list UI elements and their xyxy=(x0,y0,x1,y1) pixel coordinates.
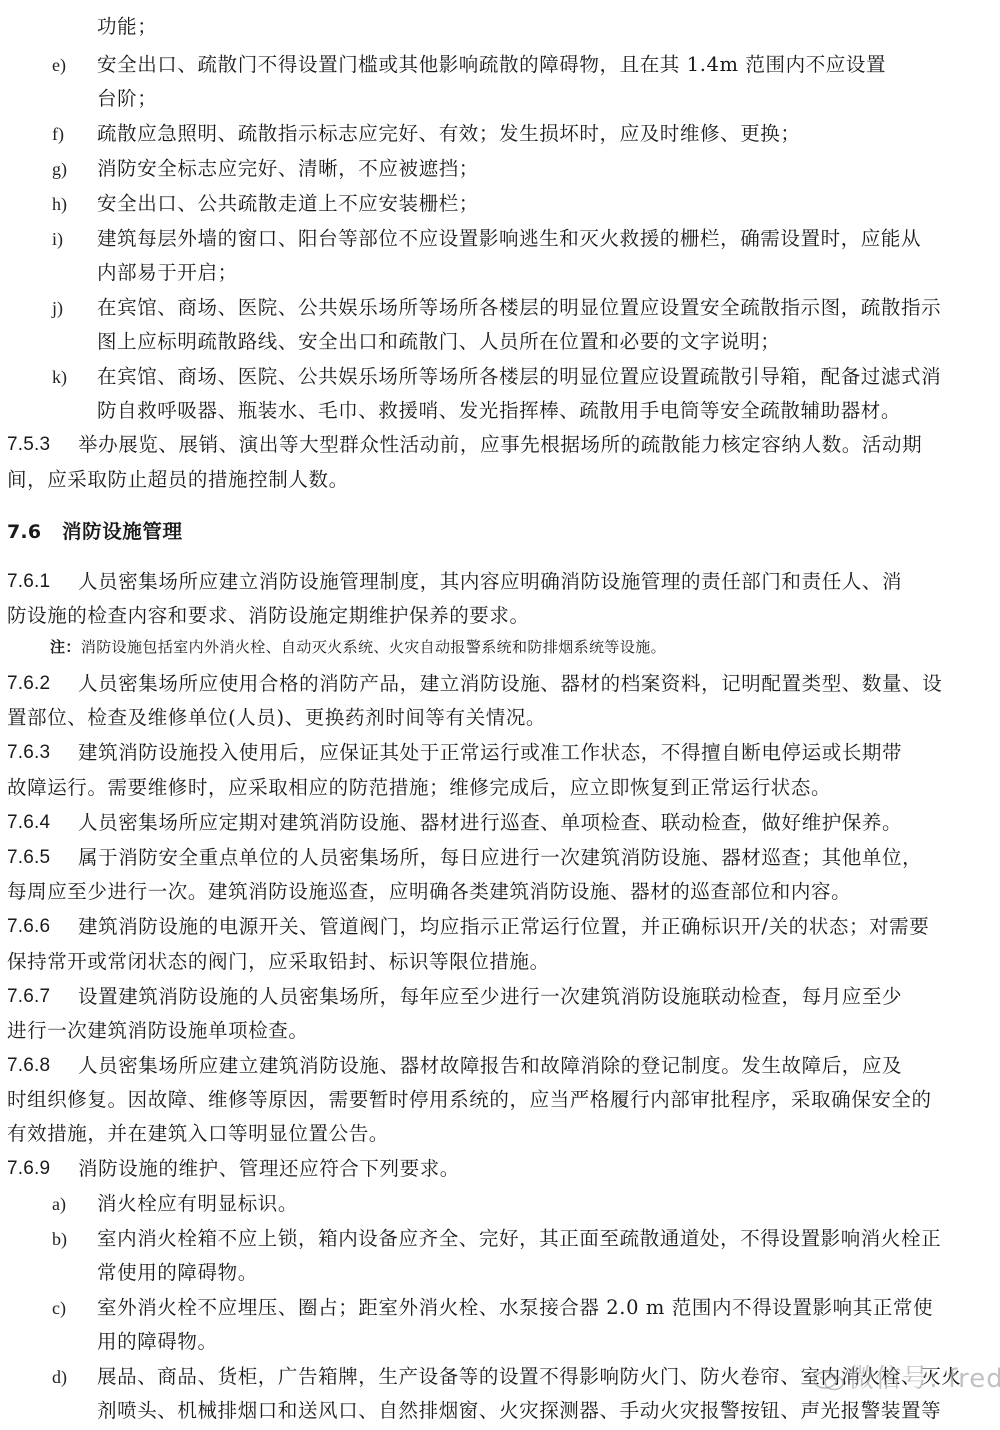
clause-number-7-6-6: 7.6.6 xyxy=(7,915,50,939)
list-item-c-line-2: 用的障碍物。 xyxy=(97,1330,218,1354)
clause-7-6-6-line-2: 保持常开或常闭状态的阀门，应采取铅封、标识等限位措施。 xyxy=(7,950,550,974)
list-item-continuation: 功能； xyxy=(97,15,157,39)
clause-7-5-3-line-2: 间，应采取防止超员的措施控制人数。 xyxy=(7,468,349,492)
section-title-7-6: 消防设施管理 xyxy=(62,520,183,544)
note-text: 消防设施包括室内外消火栓、自动灭火系统、火灾自动报警系统和防排烟系统等设施。 xyxy=(81,638,666,656)
list-marker-j: j) xyxy=(52,296,63,320)
list-item-j-line-1: 在宾馆、商场、医院、公共娱乐场所等场所各楼层的明显位置应设置安全疏散指示图，疏散… xyxy=(97,296,941,320)
list-item-i-line-1: 建筑每层外墙的窗口、阳台等部位不应设置影响逃生和灭火救援的栅栏，确需设置时，应能… xyxy=(97,227,921,251)
wechat-icon xyxy=(812,1369,846,1391)
list-item-b-line-1: 室内消火栓箱不应上锁，箱内设备应齐全、完好，其正面至疏散通道处，不得设置影响消火… xyxy=(97,1227,941,1251)
watermark-text: 微信号: fredata xyxy=(848,1364,1000,1394)
list-marker-a: a) xyxy=(52,1192,66,1216)
list-marker-f: f) xyxy=(52,122,64,146)
note-7-6-1: 注：消防设施包括室内外消火栓、自动灭火系统、火灾自动报警系统和防排烟系统等设施。 xyxy=(50,637,666,657)
list-item-k-line-2: 防自救呼吸器、瓶装水、毛巾、救援哨、发光指挥棒、疏散用手电筒等安全疏散辅助器材。 xyxy=(97,399,901,423)
list-item-g: 消防安全标志应完好、清晰，不应被遮挡； xyxy=(97,157,479,181)
clause-7-6-1-line-1: 人员密集场所应建立消防设施管理制度，其内容应明确消防设施管理的责任部门和责任人、… xyxy=(78,570,902,594)
clause-7-6-5-line-2: 每周应至少进行一次。建筑消防设施巡查，应明确各类建筑消防设施、器材的巡查部位和内… xyxy=(7,880,851,904)
clause-7-6-5-line-1: 属于消防安全重点单位的人员密集场所，每日应进行一次建筑消防设施、器材巡查；其他单… xyxy=(78,846,922,870)
list-item-h: 安全出口、公共疏散走道上不应安装栅栏； xyxy=(97,192,479,216)
list-item-k-line-1: 在宾馆、商场、医院、公共娱乐场所等场所各楼层的明显位置应设置疏散引导箱，配备过滤… xyxy=(97,365,941,389)
clause-7-6-7-line-2: 进行一次建筑消防设施单项检查。 xyxy=(7,1019,309,1043)
list-marker-b: b) xyxy=(52,1227,67,1251)
list-item-e-line-2: 台阶； xyxy=(97,87,157,111)
clause-number-7-6-7: 7.6.7 xyxy=(7,985,50,1009)
clause-number-7-5-3: 7.5.3 xyxy=(7,433,50,457)
clause-7-6-7-line-1: 设置建筑消防设施的人员密集场所，每年应至少进行一次建筑消防设施联动检查，每月应至… xyxy=(78,985,902,1009)
clause-7-6-9-line-1: 消防设施的维护、管理还应符合下列要求。 xyxy=(78,1157,460,1181)
list-marker-e: e) xyxy=(52,53,66,77)
note-label: 注： xyxy=(50,638,81,656)
list-item-d-line-2: 剂喷头、机械排烟口和送风口、自然排烟窗、火灾探测器、手动火灾报警按钮、声光报警装… xyxy=(97,1399,941,1423)
clause-7-6-2-line-2: 置部位、检查及维修单位(人员)、更换药剂时间等有关情况。 xyxy=(7,706,546,730)
list-item-a: 消火栓应有明显标识。 xyxy=(97,1192,298,1216)
list-item-j-line-2: 图上应标明疏散路线、安全出口和疏散门、人员所在位置和必要的文字说明； xyxy=(97,330,780,354)
clause-7-6-1-line-2: 防设施的检查内容和要求、消防设施定期维护保养的要求。 xyxy=(7,604,530,628)
clause-number-7-6-9: 7.6.9 xyxy=(7,1157,50,1181)
clause-7-6-3-line-2: 故障运行。需要维修时，应采取相应的防范措施；维修完成后，应立即恢复到正常运行状态… xyxy=(7,776,831,800)
clause-7-6-2-line-1: 人员密集场所应使用合格的消防产品，建立消防设施、器材的档案资料，记明配置类型、数… xyxy=(78,672,942,696)
clause-7-6-8-line-1: 人员密集场所应建立建筑消防设施、器材故障报告和故障消除的登记制度。发生故障后，应… xyxy=(78,1054,902,1078)
clause-7-6-8-line-3: 有效措施，并在建筑入口等明显位置公告。 xyxy=(7,1122,389,1146)
clause-7-6-3-line-1: 建筑消防设施投入使用后，应保证其处于正常运行或准工作状态，不得擅自断电停运或长期… xyxy=(78,741,902,765)
list-marker-c: c) xyxy=(52,1296,66,1320)
clause-7-6-8-line-2: 时组织修复。因故障、维修等原因，需要暂时停用系统的，应当严格履行内部审批程序，采… xyxy=(7,1088,932,1112)
list-marker-g: g) xyxy=(52,157,67,181)
list-item-f: 疏散应急照明、疏散指示标志应完好、有效；发生损坏时，应及时维修、更换； xyxy=(97,122,801,146)
clause-7-5-3-line-1: 举办展览、展销、演出等大型群众性活动前，应事先根据场所的疏散能力核定容纳人数。活… xyxy=(78,433,922,457)
clause-number-7-6-5: 7.6.5 xyxy=(7,846,50,870)
list-item-b-line-2: 常使用的障碍物。 xyxy=(97,1261,258,1285)
watermark: 微信号: fredata xyxy=(812,1364,1000,1394)
document-page: 功能； e) 安全出口、疏散门不得设置门槛或其他影响疏散的障碍物，且在其 1.4… xyxy=(0,0,1000,1430)
list-marker-h: h) xyxy=(52,192,67,216)
list-marker-k: k) xyxy=(52,365,67,389)
list-marker-d: d) xyxy=(52,1365,67,1389)
clause-7-6-6-line-1: 建筑消防设施的电源开关、管道阀门，均应指示正常运行位置，并正确标识开/关的状态；… xyxy=(78,915,929,939)
clause-number-7-6-4: 7.6.4 xyxy=(7,811,50,835)
clause-number-7-6-2: 7.6.2 xyxy=(7,672,50,696)
list-item-e-line-1: 安全出口、疏散门不得设置门槛或其他影响疏散的障碍物，且在其 1.4m 范围内不应… xyxy=(97,53,886,77)
clause-7-6-4-line-1: 人员密集场所应定期对建筑消防设施、器材进行巡查、单项检查、联动检查，做好维护保养… xyxy=(78,811,902,835)
list-marker-i: i) xyxy=(52,227,63,251)
clause-number-7-6-3: 7.6.3 xyxy=(7,741,50,765)
section-number-7-6: 7.6 xyxy=(7,520,41,544)
list-item-i-line-2: 内部易于开启； xyxy=(97,261,238,285)
clause-number-7-6-1: 7.6.1 xyxy=(7,570,50,594)
clause-number-7-6-8: 7.6.8 xyxy=(7,1054,50,1078)
list-item-c-line-1: 室外消火栓不应埋压、圈占；距室外消火栓、水泵接合器 2.0 m 范围内不得设置影… xyxy=(97,1296,933,1320)
